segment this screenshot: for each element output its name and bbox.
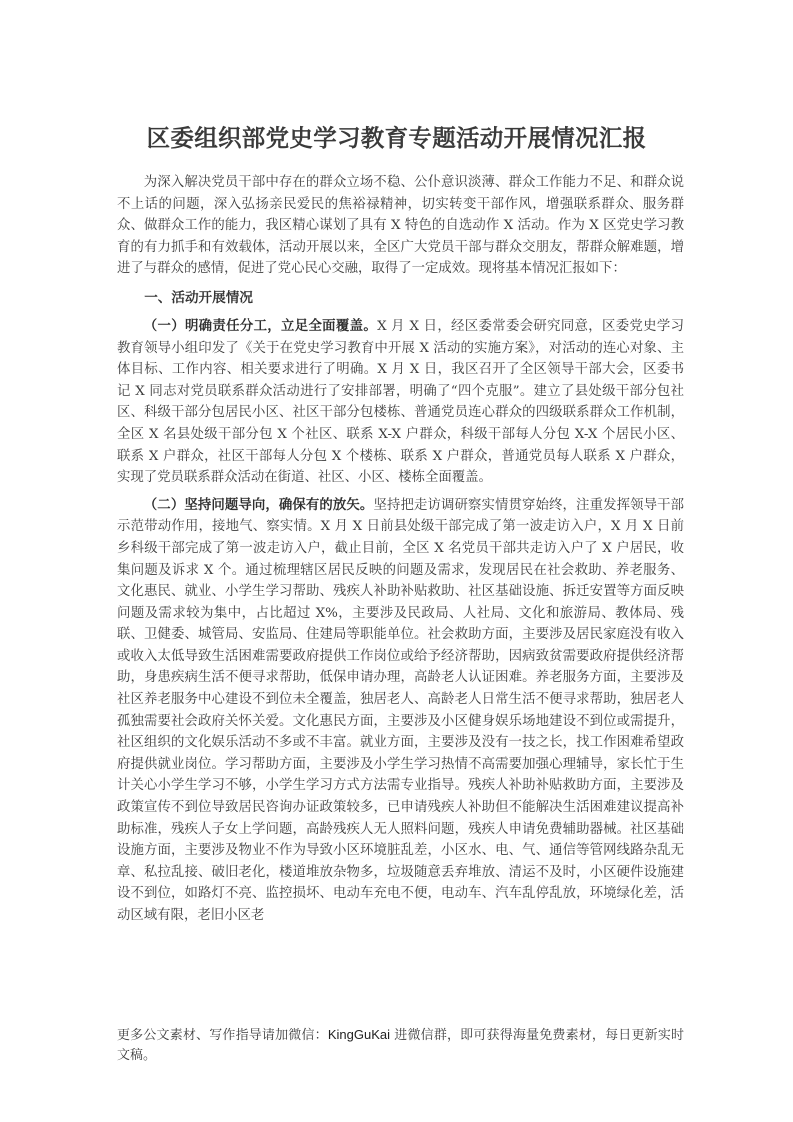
section-heading-1: 一、活动开展情况: [117, 286, 684, 310]
subsection-1-heading: （一）明确责任分工，立足全面覆盖。: [144, 319, 377, 334]
subsection-2-paragraph: （二）坚持问题导向，确保有的放矢。坚持把走访调研察实情贯穿始终，注重发挥领导干部…: [117, 495, 684, 927]
document-body: 为深入解决党员干部中存在的群众立场不稳、公仆意识淡薄、群众工作能力不足、和群众说…: [117, 172, 684, 927]
subsection-1-text: X 月 X 日，经区委常委会研究同意，区委党史学习教育领导小组印发了《关于在党史…: [117, 319, 684, 485]
document-page: 区委组织部党史学习教育专题活动开展情况汇报 为深入解决党员干部中存在的群众立场不…: [0, 0, 793, 1122]
wechat-id: KingGuKai: [328, 1027, 390, 1042]
footer-prefix: 更多公文素材、写作指导请加微信：: [117, 1028, 328, 1043]
subsection-2-heading: （二）坚持问题导向，确保有的放矢。: [144, 498, 374, 513]
footer-note: 更多公文素材、写作指导请加微信：KingGuKai 进微信群，即可获得海量免费素…: [117, 1025, 684, 1066]
subsection-1-paragraph: （一）明确责任分工，立足全面覆盖。X 月 X 日，经区委常委会研究同意，区委党史…: [117, 316, 684, 489]
intro-paragraph: 为深入解决党员干部中存在的群众立场不稳、公仆意识淡薄、群众工作能力不足、和群众说…: [117, 172, 684, 280]
subsection-2-text: 坚持把走访调研察实情贯穿始终，注重发挥领导干部示范带动作用，接地气、察实情。X …: [117, 498, 684, 923]
document-title: 区委组织部党史学习教育专题活动开展情况汇报: [100, 122, 693, 154]
